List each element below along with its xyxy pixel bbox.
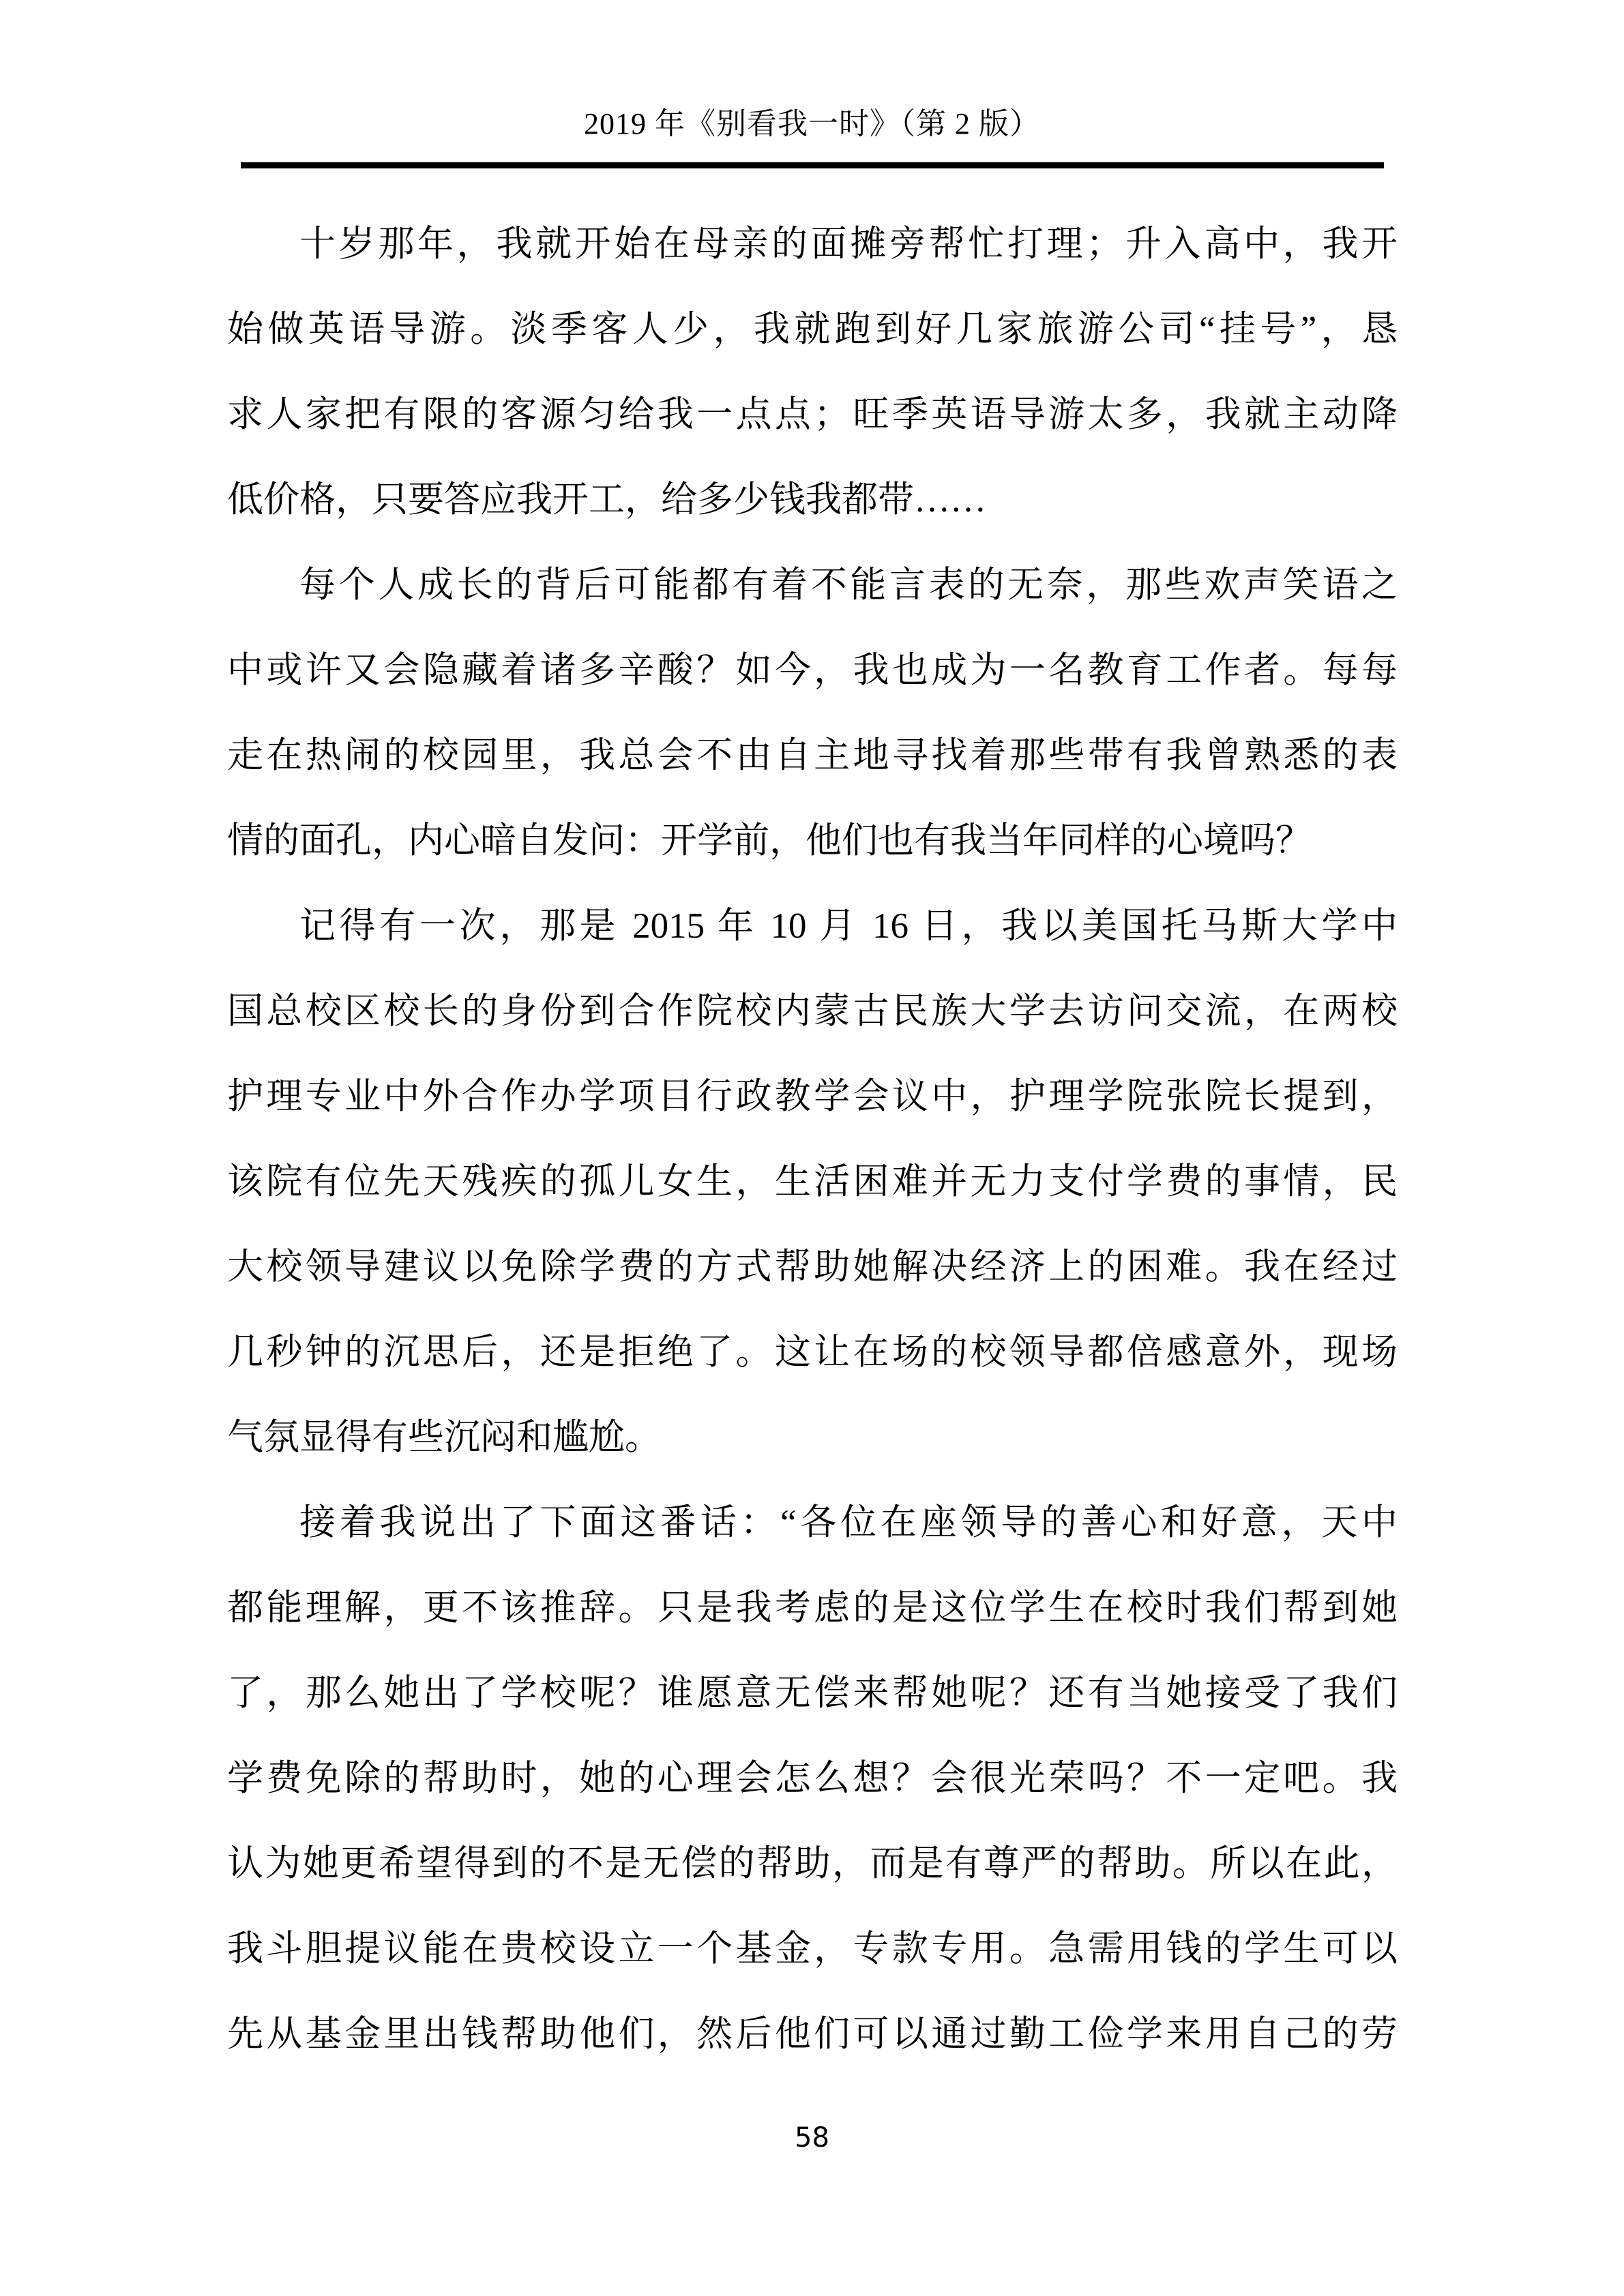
- text-line: 记得有一次，那是 2015 年 10 月 16 日，我以美国托马斯大学中: [227, 884, 1398, 969]
- text-line: 学费免除的帮助时，她的心理会怎么想？会很光荣吗？不一定吧。我: [227, 1736, 1398, 1821]
- text-line: 护理专业中外合作办学项目行政教学会议中，护理学院张院长提到，: [227, 1054, 1398, 1139]
- text-line: 中或许又会隐藏着诸多辛酸？如今，我也成为一名教育工作者。每每: [227, 628, 1398, 713]
- header-rule: [241, 162, 1384, 168]
- paragraph: 记得有一次，那是 2015 年 10 月 16 日，我以美国托马斯大学中国总校区…: [227, 884, 1398, 1480]
- text-line: 国总校区校长的身份到合作院校内蒙古民族大学去访问交流，在两校: [227, 969, 1398, 1054]
- document-page: 2019 年《别看我一时》（第 2 版） 十岁那年，我就开始在母亲的面摊旁帮忙打…: [0, 0, 1624, 2296]
- text-line: 几秒钟的沉思后，还是拒绝了。这让在场的校领导都倍感意外，现场: [227, 1310, 1398, 1395]
- text-line: 大校领导建议以免除学费的方式帮助她解决经济上的困难。我在经过: [227, 1225, 1398, 1310]
- text-line: 始做英语导游。淡季客人少，我就跑到好几家旅游公司“挂号”，恳: [227, 287, 1398, 372]
- text-line: 先从基金里出钱帮助他们，然后他们可以通过勤工俭学来用自己的劳: [227, 1992, 1398, 2077]
- text-line: 我斗胆提议能在贵校设立一个基金，专款专用。急需用钱的学生可以: [227, 1907, 1398, 1992]
- paragraph: 每个人成长的背后可能都有着不能言表的无奈，那些欢声笑语之中或许又会隐藏着诸多辛酸…: [227, 543, 1398, 884]
- text-line: 都能理解，更不该推辞。只是我考虑的是这位学生在校时我们帮到她: [227, 1566, 1398, 1651]
- text-line: 了，那么她出了学校呢？谁愿意无偿来帮她呢？还有当她接受了我们: [227, 1651, 1398, 1736]
- text-line: 低价格，只要答应我开工，给多少钱我都带……: [227, 458, 1398, 543]
- paragraph: 十岁那年，我就开始在母亲的面摊旁帮忙打理；升入高中，我开始做英语导游。淡季客人少…: [227, 202, 1398, 543]
- document-body: 十岁那年，我就开始在母亲的面摊旁帮忙打理；升入高中，我开始做英语导游。淡季客人少…: [227, 202, 1398, 2077]
- text-line: 接着我说出了下面这番话：“各位在座领导的善心和好意，天中: [227, 1480, 1398, 1566]
- text-line: 十岁那年，我就开始在母亲的面摊旁帮忙打理；升入高中，我开: [227, 202, 1398, 287]
- text-line: 气氛显得有些沉闷和尴尬。: [227, 1395, 1398, 1480]
- paragraph: 接着我说出了下面这番话：“各位在座领导的善心和好意，天中都能理解，更不该推辞。只…: [227, 1480, 1398, 2077]
- running-header: 2019 年《别看我一时》（第 2 版）: [0, 104, 1624, 145]
- text-line: 每个人成长的背后可能都有着不能言表的无奈，那些欢声笑语之: [227, 543, 1398, 628]
- text-line: 该院有位先天残疾的孤儿女生，生活困难并无力支付学费的事情，民: [227, 1139, 1398, 1225]
- text-line: 情的面孔，内心暗自发问：开学前，他们也有我当年同样的心境吗？: [227, 799, 1398, 884]
- text-line: 走在热闹的校园里，我总会不由自主地寻找着那些带有我曾熟悉的表: [227, 713, 1398, 799]
- page-number: 58: [0, 2122, 1624, 2153]
- text-line: 认为她更希望得到的不是无偿的帮助，而是有尊严的帮助。所以在此，: [227, 1821, 1398, 1907]
- text-line: 求人家把有限的客源匀给我一点点；旺季英语导游太多，我就主动降: [227, 372, 1398, 458]
